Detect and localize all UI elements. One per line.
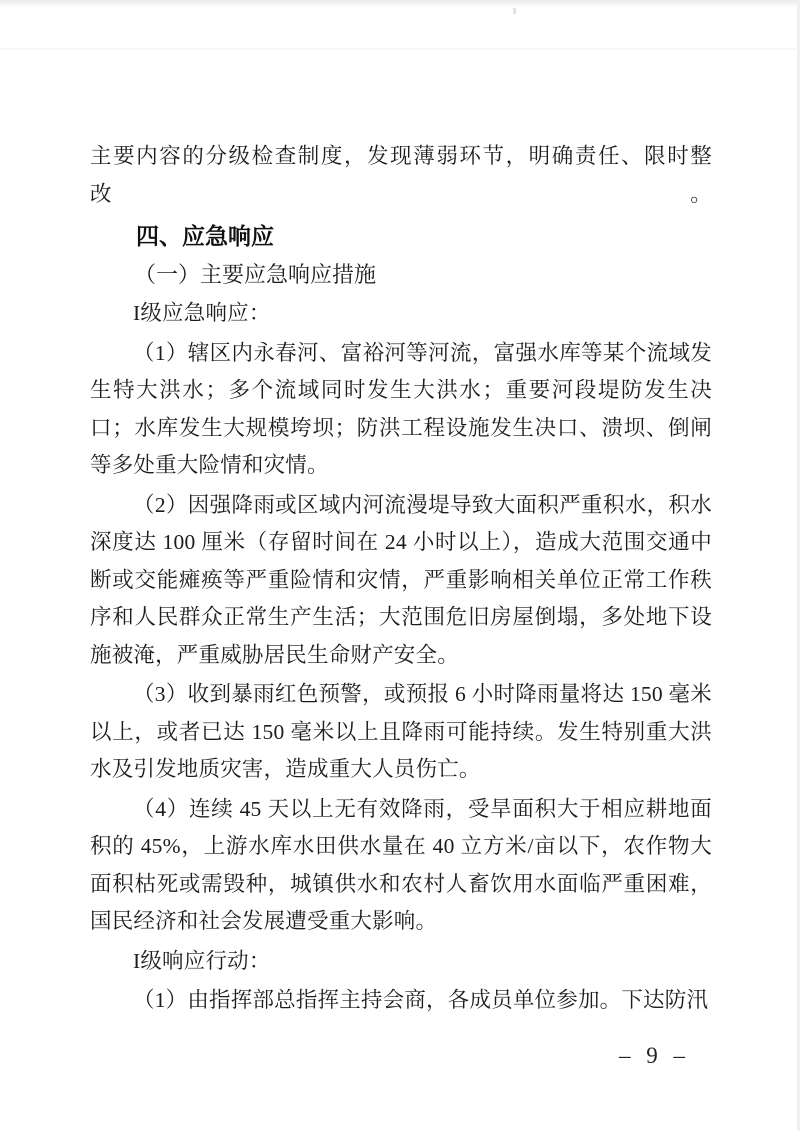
paragraph-action-1: （1）由指挥部总指挥主持会商，各成员单位参加。下达防汛 [90, 982, 712, 1020]
paragraph-item-2: （2）因强降雨或区域内河流漫堤导致大面积严重积水，积水深度达 100 厘米（存留… [90, 487, 712, 675]
scan-artifact-speck [513, 8, 516, 14]
paragraph-item-3: （3）收到暴雨红色预警，或预报 6 小时降雨量将达 150 毫米以上，或者已达 … [90, 676, 712, 789]
label-level1-emergency-response: I级应急响应： [90, 295, 712, 333]
label-level1-action: I级响应行动： [90, 943, 712, 981]
subsection-heading-main-measures: （一）主要应急响应措施 [90, 256, 712, 294]
document-page: 主要内容的分级检查制度，发现薄弱环节，明确责任、限时整改。 四、应急响应 （一）… [90, 138, 712, 1020]
paragraph-continuation: 主要内容的分级检查制度，发现薄弱环节，明确责任、限时整改。 [90, 138, 712, 213]
section-heading-emergency-response: 四、应急响应 [90, 218, 712, 256]
paragraph-item-4: （4）连续 45 天以上无有效降雨，受旱面积大于相应耕地面积的 45%，上游水库… [90, 791, 712, 941]
scan-artifact-top-streak [0, 0, 800, 7]
paragraph-item-1: （1）辖区内永春河、富裕河等河流，富强水库等某个流域发生特大洪水；多个流域同时发… [90, 335, 712, 485]
scan-artifact-faint-line [0, 48, 800, 51]
page-number: – 9 – [619, 1043, 690, 1069]
